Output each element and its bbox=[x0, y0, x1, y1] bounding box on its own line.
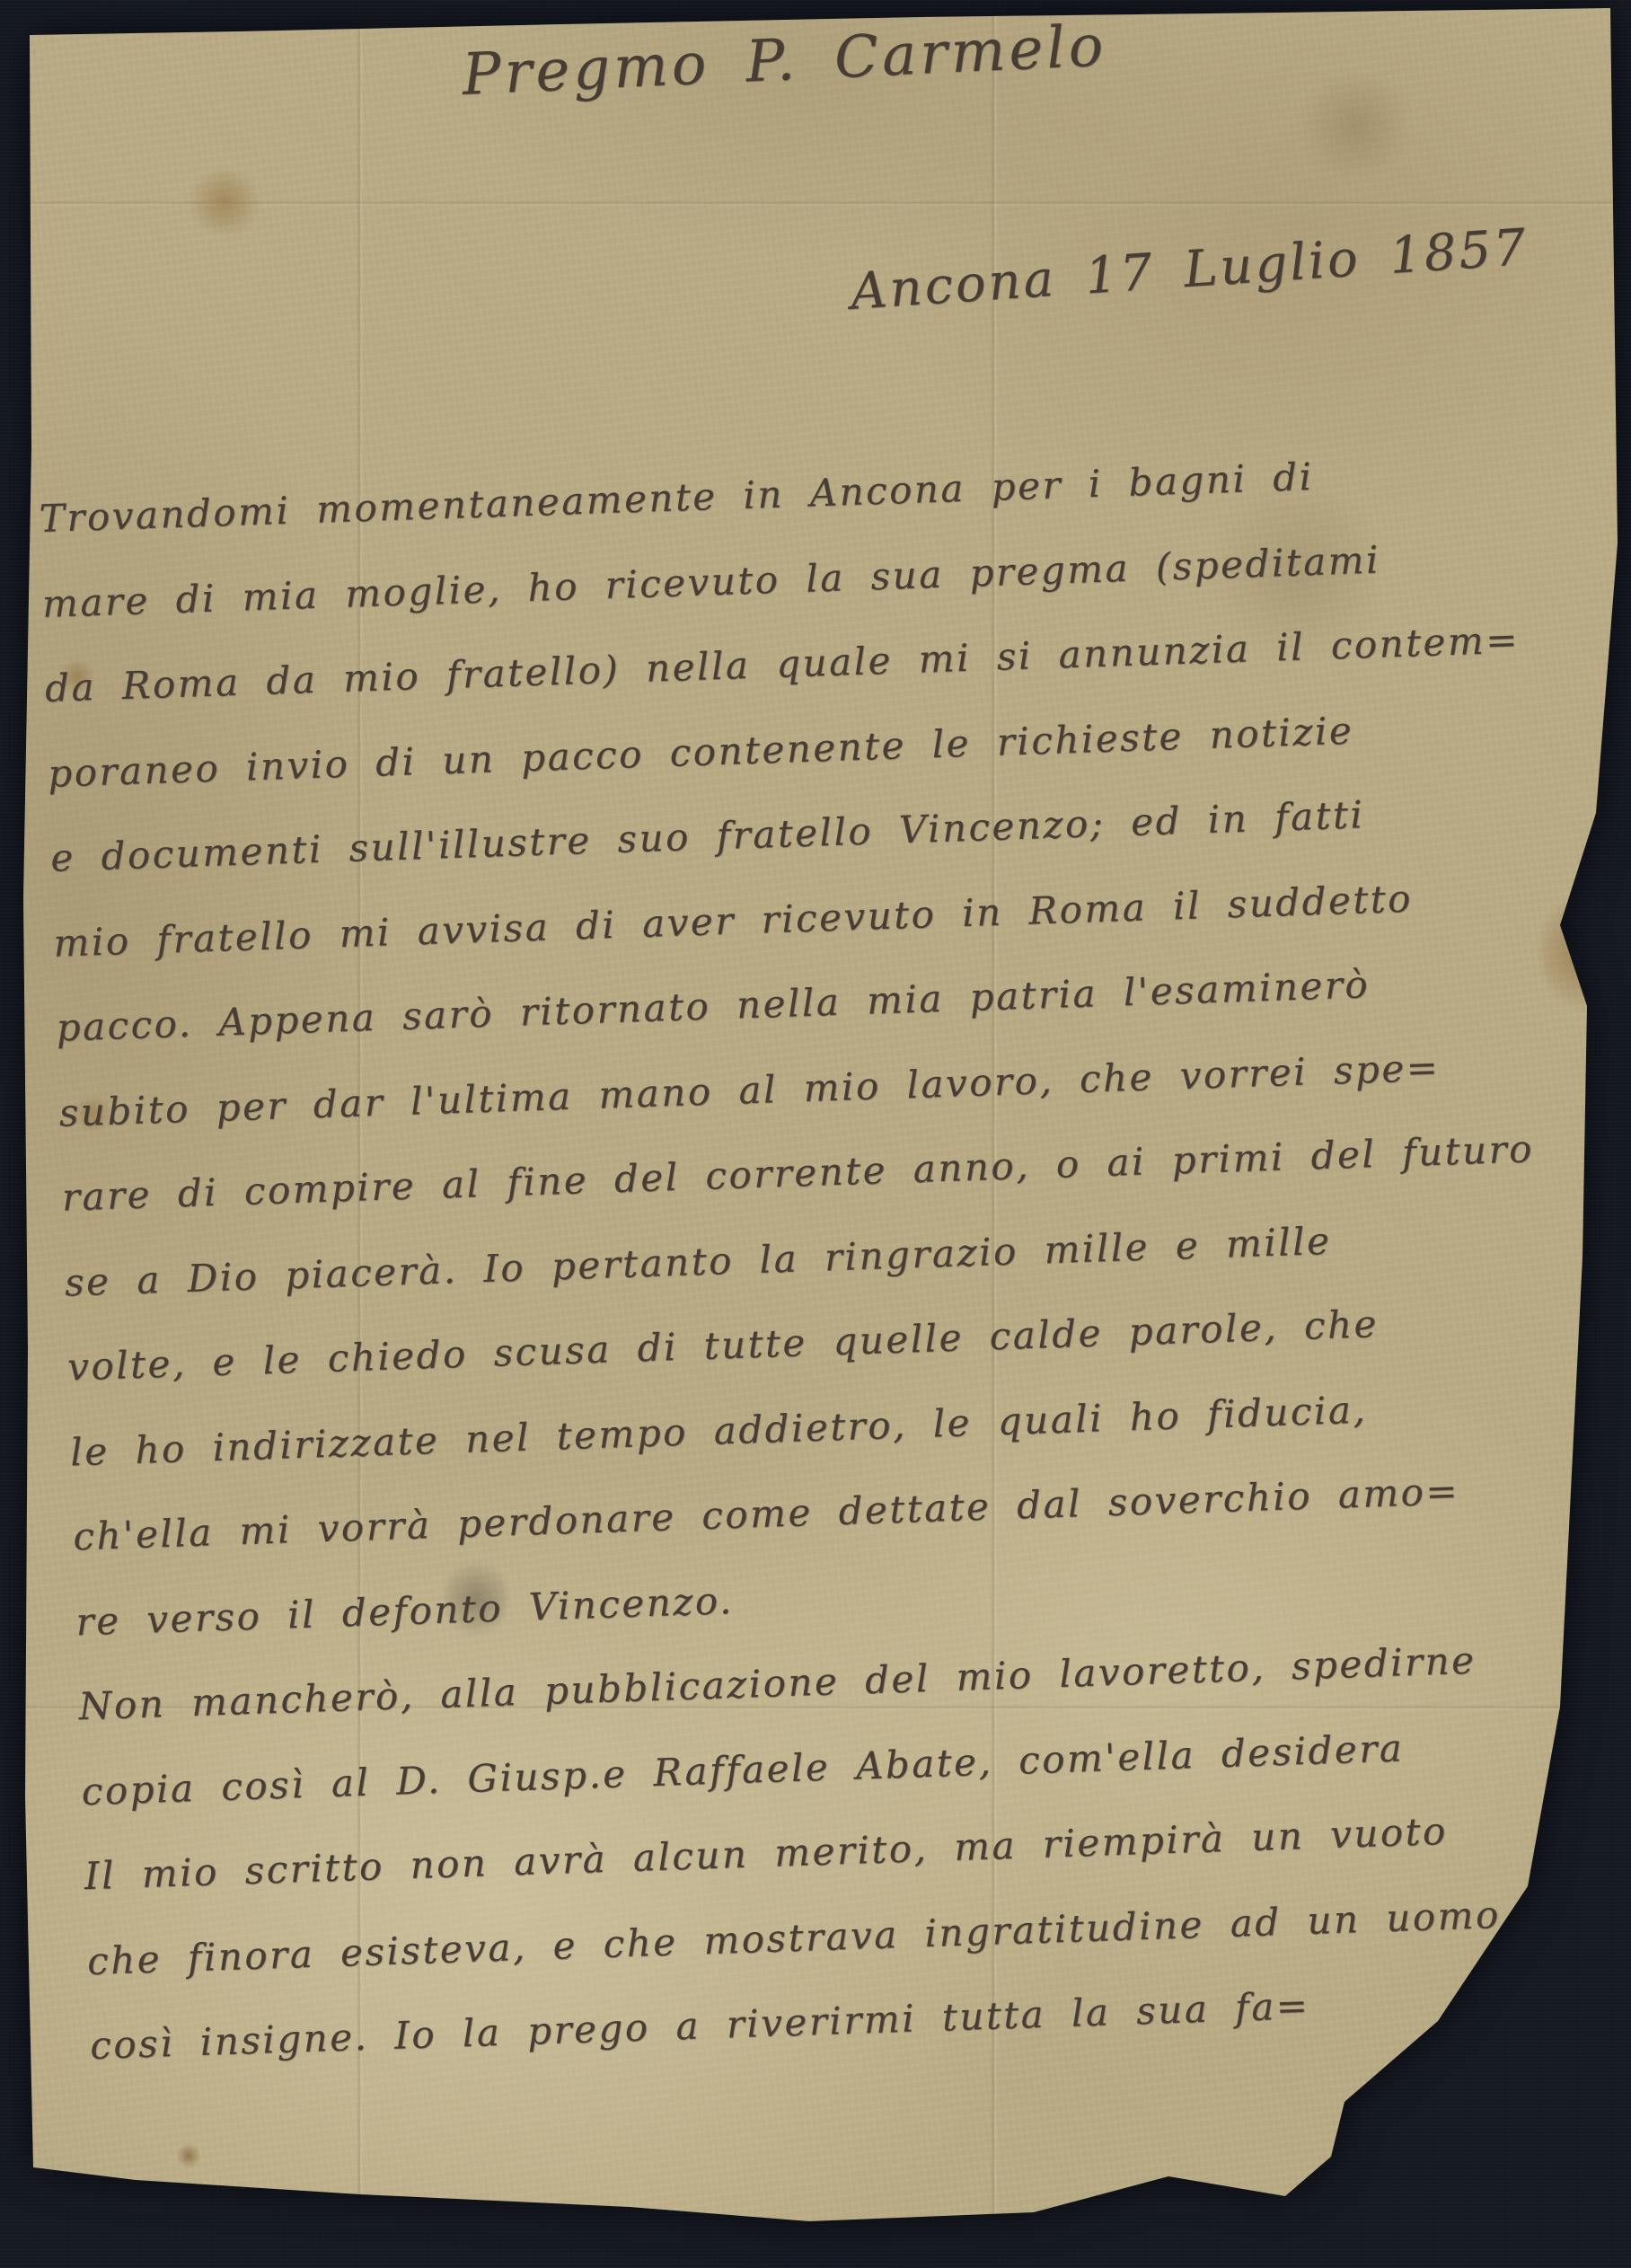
foxing-stain bbox=[177, 2142, 200, 2169]
letter-page: Pregmo P. Carmelo Ancona 17 Luglio 1857 … bbox=[22, 4, 1621, 2232]
horizontal-fold-line bbox=[22, 200, 1621, 207]
scan-background: Pregmo P. Carmelo Ancona 17 Luglio 1857 … bbox=[0, 0, 1631, 2268]
edge-speck bbox=[552, 1, 576, 21]
letter-body: Trovandomi momentaneamente in Ancona per… bbox=[39, 445, 1631, 2109]
paper-discoloration bbox=[1298, 76, 1415, 175]
letter-dateline: Ancona 17 Luglio 1857 bbox=[849, 218, 1530, 322]
foxing-stain bbox=[189, 171, 260, 234]
letter-salutation: Pregmo P. Carmelo bbox=[461, 13, 1108, 109]
